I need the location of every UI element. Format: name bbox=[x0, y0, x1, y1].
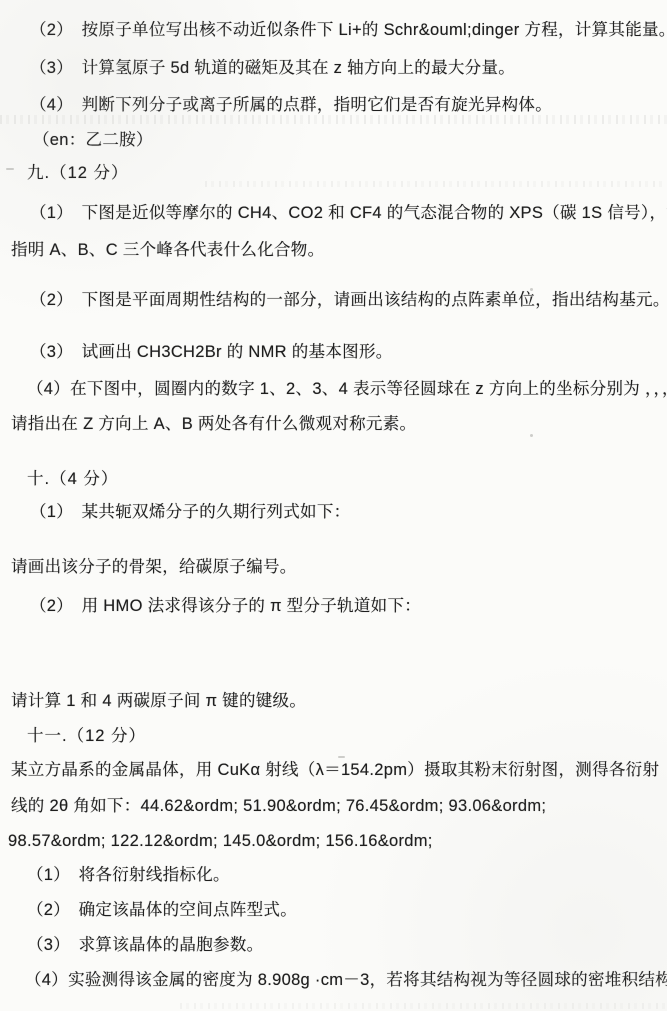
scan-speck bbox=[530, 434, 533, 437]
scan-speck bbox=[6, 168, 14, 170]
section-11-heading: 十一.（12 分） bbox=[27, 726, 146, 746]
problem-11-part-2: （2） 确定该晶体的空间点阵型式。 bbox=[27, 900, 297, 920]
problem-11-part-3: （3） 求算该晶体的晶胞参数。 bbox=[27, 935, 263, 955]
problem-9-part-1-line-1: （1） 下图是近似等摩尔的 CH4、CO2 和 CF4 的气态混合物的 XPS（… bbox=[30, 203, 667, 223]
problem-11-part-4: （4）实验测得该金属的密度为 8.908g ·cm－3，若将其结构视为等径圆球的… bbox=[25, 970, 667, 990]
problem-8-part-3: （3） 计算氢原子 5d 轨道的磁矩及其在 z 轴方向上的最大分量。 bbox=[30, 58, 515, 78]
document-page: （2） 按原子单位写出核不动近似条件下 Li+的 Schr&ouml;dinge… bbox=[0, 0, 667, 1011]
problem-9-part-4-line-2: 请指出在 Z 方向上 A、B 两处各有什么微观对称元素。 bbox=[11, 414, 416, 434]
problem-10-part-1-note: 请画出该分子的骨架，给碳原子编号。 bbox=[11, 557, 297, 577]
problem-11-part-1: （1） 将各衍射线指标化。 bbox=[27, 865, 230, 885]
section-10-heading: 十.（4 分） bbox=[27, 469, 118, 489]
problem-11-intro-line-2: 线的 2θ 角如下：44.62&ordm; 51.90&ordm; 76.45&… bbox=[11, 796, 546, 816]
problem-11-intro-line-3: 98.57&ordm; 122.12&ordm; 145.0&ordm; 156… bbox=[8, 831, 433, 851]
problem-8-part-4: （4） 判断下列分子或离子所属的点群，指明它们是否有旋光异构体。 bbox=[30, 95, 552, 115]
section-9-heading: 九.（12 分） bbox=[27, 163, 129, 183]
scan-speck bbox=[338, 756, 345, 758]
problem-10-part-1: （1） 某共轭双烯分子的久期行列式如下： bbox=[30, 502, 350, 522]
scan-artifact-band bbox=[0, 115, 667, 124]
scan-artifact-band bbox=[180, 1003, 667, 1009]
problem-11-intro-line-1: 某立方晶系的金属晶体，用 CuKα 射线（λ＝154.2pm）摄取其粉末衍射图，… bbox=[11, 760, 659, 780]
problem-8-part-2: （2） 按原子单位写出核不动近似条件下 Li+的 Schr&ouml;dinge… bbox=[30, 20, 667, 40]
problem-10-part-2: （2） 用 HMO 法求得该分子的 π 型分子轨道如下： bbox=[30, 596, 421, 616]
en-abbreviation-note: （en：乙二胺） bbox=[33, 130, 153, 150]
problem-10-part-2-note: 请计算 1 和 4 两碳原子间 π 键的键级。 bbox=[11, 691, 306, 711]
problem-9-part-4-line-1: （4）在下图中，圆圈内的数字 1、2、3、4 表示等径圆球在 z 方向上的坐标分… bbox=[27, 379, 667, 399]
problem-9-part-1-line-2: 指明 A、B、C 三个峰各代表什么化合物。 bbox=[11, 240, 324, 260]
problem-9-part-3: （3） 试画出 CH3CH2Br 的 NMR 的基本图形。 bbox=[30, 342, 393, 362]
scan-artifact-band bbox=[205, 181, 667, 187]
problem-9-part-2: （2） 下图是平面周期性结构的一部分，请画出该结构的点阵素单位，指出结构基元。 bbox=[30, 290, 667, 310]
